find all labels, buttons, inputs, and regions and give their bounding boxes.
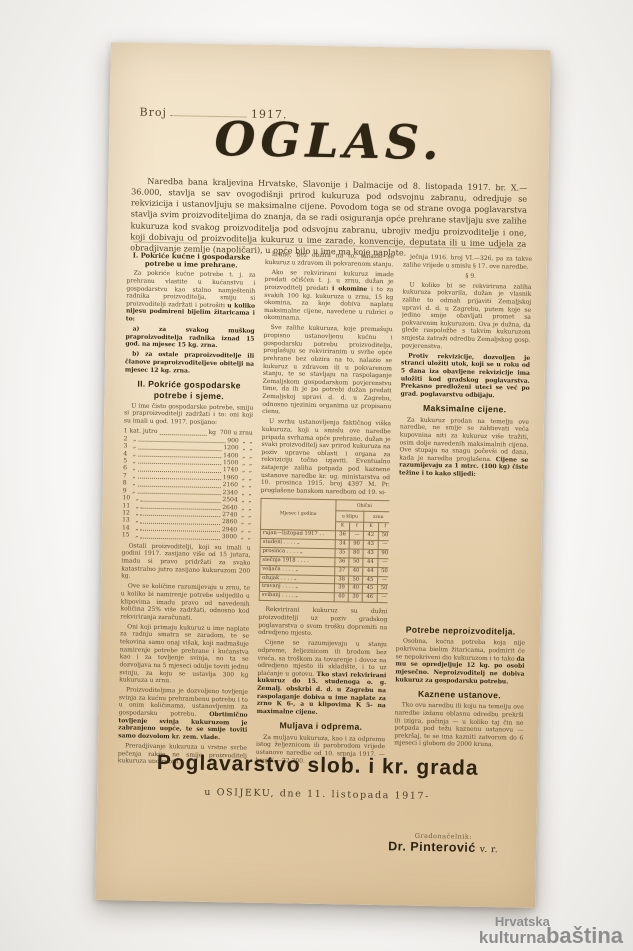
price-table-wrap: Mjesec i godina Obični Cinquantin Okomin… [259,498,394,605]
price-table-value: 90 [378,549,392,558]
price-table-value: 90 [349,540,363,549]
right-paragraph-0: ječnja 1916. broj VI.—326, pa za takve z… [403,253,532,271]
left-paragraph-6: Proizvoditeljima je dozvoljeno tovljenje… [118,687,248,743]
signature-block: Gradonačelnik: Dr. Pinterović v. r. [388,831,498,855]
price-table-value: 36 [335,530,349,539]
watermark-bottom-line: kulturnabaština [479,927,623,946]
price-table-value: 41 [391,585,394,594]
right-paragraph-4: Tko ovu naredbu ili koju na temelju ove … [394,702,524,750]
price-table-value: 46 [363,594,377,603]
heading-pokrice-kucne: I. Pokriće kućne i gospodarske potrebe u… [127,251,256,270]
left-paragraph-2: U ime čisto gospodarske potrebe, smiju s… [124,402,253,427]
price-table-value: 36 [335,557,349,566]
poster-paper: Broj1917. OGLAS. Naredba bana kraljevina… [95,42,551,908]
price-table-unit: K [364,523,378,532]
middle-p2b-text: i to za svakih 100 kg. kukuruza u zrnu, … [264,286,394,322]
footer: Poglavarstvo slob. i kr. grada u OSIJEKU… [118,750,516,887]
photo-backdrop: { "header": { "broj_label": "Broj", "yea… [0,0,633,951]
column-left: I. Pokriće kućne i gospodarske potrebe u… [118,248,256,764]
price-table-row: svibanj . . . . „403046—425049—10— [259,592,394,605]
page-title: OGLAS. [109,110,550,173]
price-table-value: 50 [349,575,363,584]
left-item-b: b) za ostale praproizvoditelje ili člano… [125,351,254,376]
price-table-value: 38 [392,549,394,558]
price-table-value: — [377,576,391,585]
right-paragraph-1: U koliko bi se rekvirirana zaliha kukuru… [401,281,531,352]
left-paragraph-4: Ove se količine razumijevaju u zrnu, te … [120,583,250,623]
price-table-value: 39 [391,567,394,576]
columns: I. Pokriće kućne i gospodarske potrebe u… [118,248,532,769]
left-item-a-text: a) za svakog muškog praproizvoditelja ra… [125,326,254,350]
price-table-value: 37 [335,566,349,575]
middle-paragraph-5: Rekvirirani kukuruz su dužni proizvodite… [258,606,388,639]
price-table-value: 38 [392,558,395,567]
heading-kaznene-ustanove: Kaznene ustanove. [395,688,524,701]
column-right: ječnja 1916. broj VI.—326, pa za takve z… [394,253,532,769]
watermark-bastina: baština [546,923,623,948]
price-table-body: rujan—listopad 1917 . .36—425038504550——… [259,529,394,605]
price-table-value: 40 [334,593,348,602]
price-table-value: 50 [378,531,392,540]
place-and-date: u OSIJEKU, dne 11. listopada 1917- [119,785,515,803]
price-table-unit: f [378,523,392,532]
middle-paragraph-1: hrane, bez obzira na to, nalazio se kuku… [265,251,394,269]
left-item-a: a) za svakog muškog praproizvoditelja ra… [125,325,254,350]
left-item-b-text: b) za ostale praproizvoditelje ili člano… [125,351,254,374]
price-table-value: 50 [349,558,363,567]
price-table-value: 44 [363,558,377,567]
allotment-list: 1 kat. jutrokg 700 u zrnu2 „900 „ „3 „12… [122,428,253,542]
right-p1-bold: Protiv rekvizicije, dozvoljen je stranci… [400,352,530,399]
price-table-value: 40 [349,567,363,576]
price-table-value: 50 [377,567,391,576]
price-table-value: 43 [364,540,378,549]
right-column-gap [396,480,528,622]
middle-paragraph-4: U svrhu ustanovljenja faktičnog viška ku… [261,418,391,496]
price-table-month-header: Mjesec i godina [260,499,336,531]
left-paragraph-3: Ostali proizvoditelji, koji su imali u g… [121,542,251,582]
price-table-subheader: u klipu [336,511,365,523]
middle-p6-bold: Tko stavi rekvirirani kukuruz do 15. stu… [257,671,387,716]
price-table-value: 43 [363,549,377,558]
price-table-value: 80 [349,549,363,558]
watermark: Hrvatska kulturnabaština [479,916,623,946]
price-table-value: 39 [334,584,348,593]
heading-pokrice-gospodarske: II. Pokriće gospodarske potrebe i sjeme. [124,379,253,402]
middle-paragraph-3: Sve zalihe kukuruza, koje premašuju prop… [262,324,393,418]
dotted-leader [140,537,219,539]
heading-potrebe-neproizvoditelja: Potrebe neproizvoditelja. [396,625,525,638]
heading-muljava-odprema: Muljava i odprema. [256,720,385,733]
heading-maksimalne-cijene: Maksimalne cijene. [400,403,529,416]
left-paragraph-1: Za pokriće kućne potrebe t. j. za prehra… [126,270,256,326]
price-table: Mjesec i godina Obični Cinquantin Okomin… [259,498,394,605]
section-9-mark: § 9. [403,271,532,281]
price-table-group2-header: Cinquantin [393,501,394,513]
signature-suffix: v. r. [480,845,499,855]
price-table-subheader: zrnu [364,512,393,524]
middle-paragraph-6: Cijene se razumijevaju u stanju odpreme,… [257,639,387,717]
price-table-value: 35 [335,548,349,557]
price-table-unit: K [392,523,394,532]
price-table-head: Mjesec i godina Obični Cinquantin Okomin… [260,499,394,533]
price-table-value: 42 [391,594,394,603]
column-middle: hrane, bez obzira na to, nalazio se kuku… [256,251,394,767]
price-table-subheader: u klipu [392,512,394,524]
middle-paragraph-2: Ako se rekvirirani kukuruz imade predati… [264,269,394,325]
left-paragraph-5: Oni koji primaju kukuruz u ime naplate z… [119,623,249,686]
price-table-value: 38 [392,531,394,540]
allotment-row: 15 „3000 „ „ [122,532,251,542]
price-table-unit: K [335,522,349,531]
price-table-value: 37 [392,540,394,549]
price-table-value: — [350,531,364,540]
price-table-value: 34 [335,539,349,548]
middle-p2-bold: i okomine [332,285,367,293]
right-paragraph-1b: Protiv rekvizicije, dozvoljen je stranci… [400,352,530,400]
price-table-value: — [378,540,392,549]
right-paragraph-2: Za kukuruz prodan na temelju ove naredbe… [399,416,529,479]
right-paragraph-3: Osobna, kućna potreba koja nije pokriven… [395,638,525,686]
price-table-value: 45 [363,585,377,594]
price-table-value: 40 [391,576,394,585]
right-p3-text: Osobna, kućna potreba koja nije pokriven… [396,638,525,662]
watermark-kulturna: kulturna [479,928,546,947]
signature-name: Dr. Pinterović v. r. [388,839,498,855]
price-table-value: 38 [335,575,349,584]
price-table-value: — [377,594,391,603]
price-table-unit: f [350,522,364,531]
price-table-value: 50 [377,585,391,594]
price-table-value: 45 [363,576,377,585]
price-table-value: 44 [363,567,377,576]
price-table-value: — [377,558,391,567]
price-table-value: 40 [349,584,363,593]
price-table-value: 42 [364,531,378,540]
price-table-month: svibanj . . . . „ [259,592,334,602]
price-table-value: 30 [348,593,362,602]
signature-name-text: Dr. Pinterović [388,839,476,855]
